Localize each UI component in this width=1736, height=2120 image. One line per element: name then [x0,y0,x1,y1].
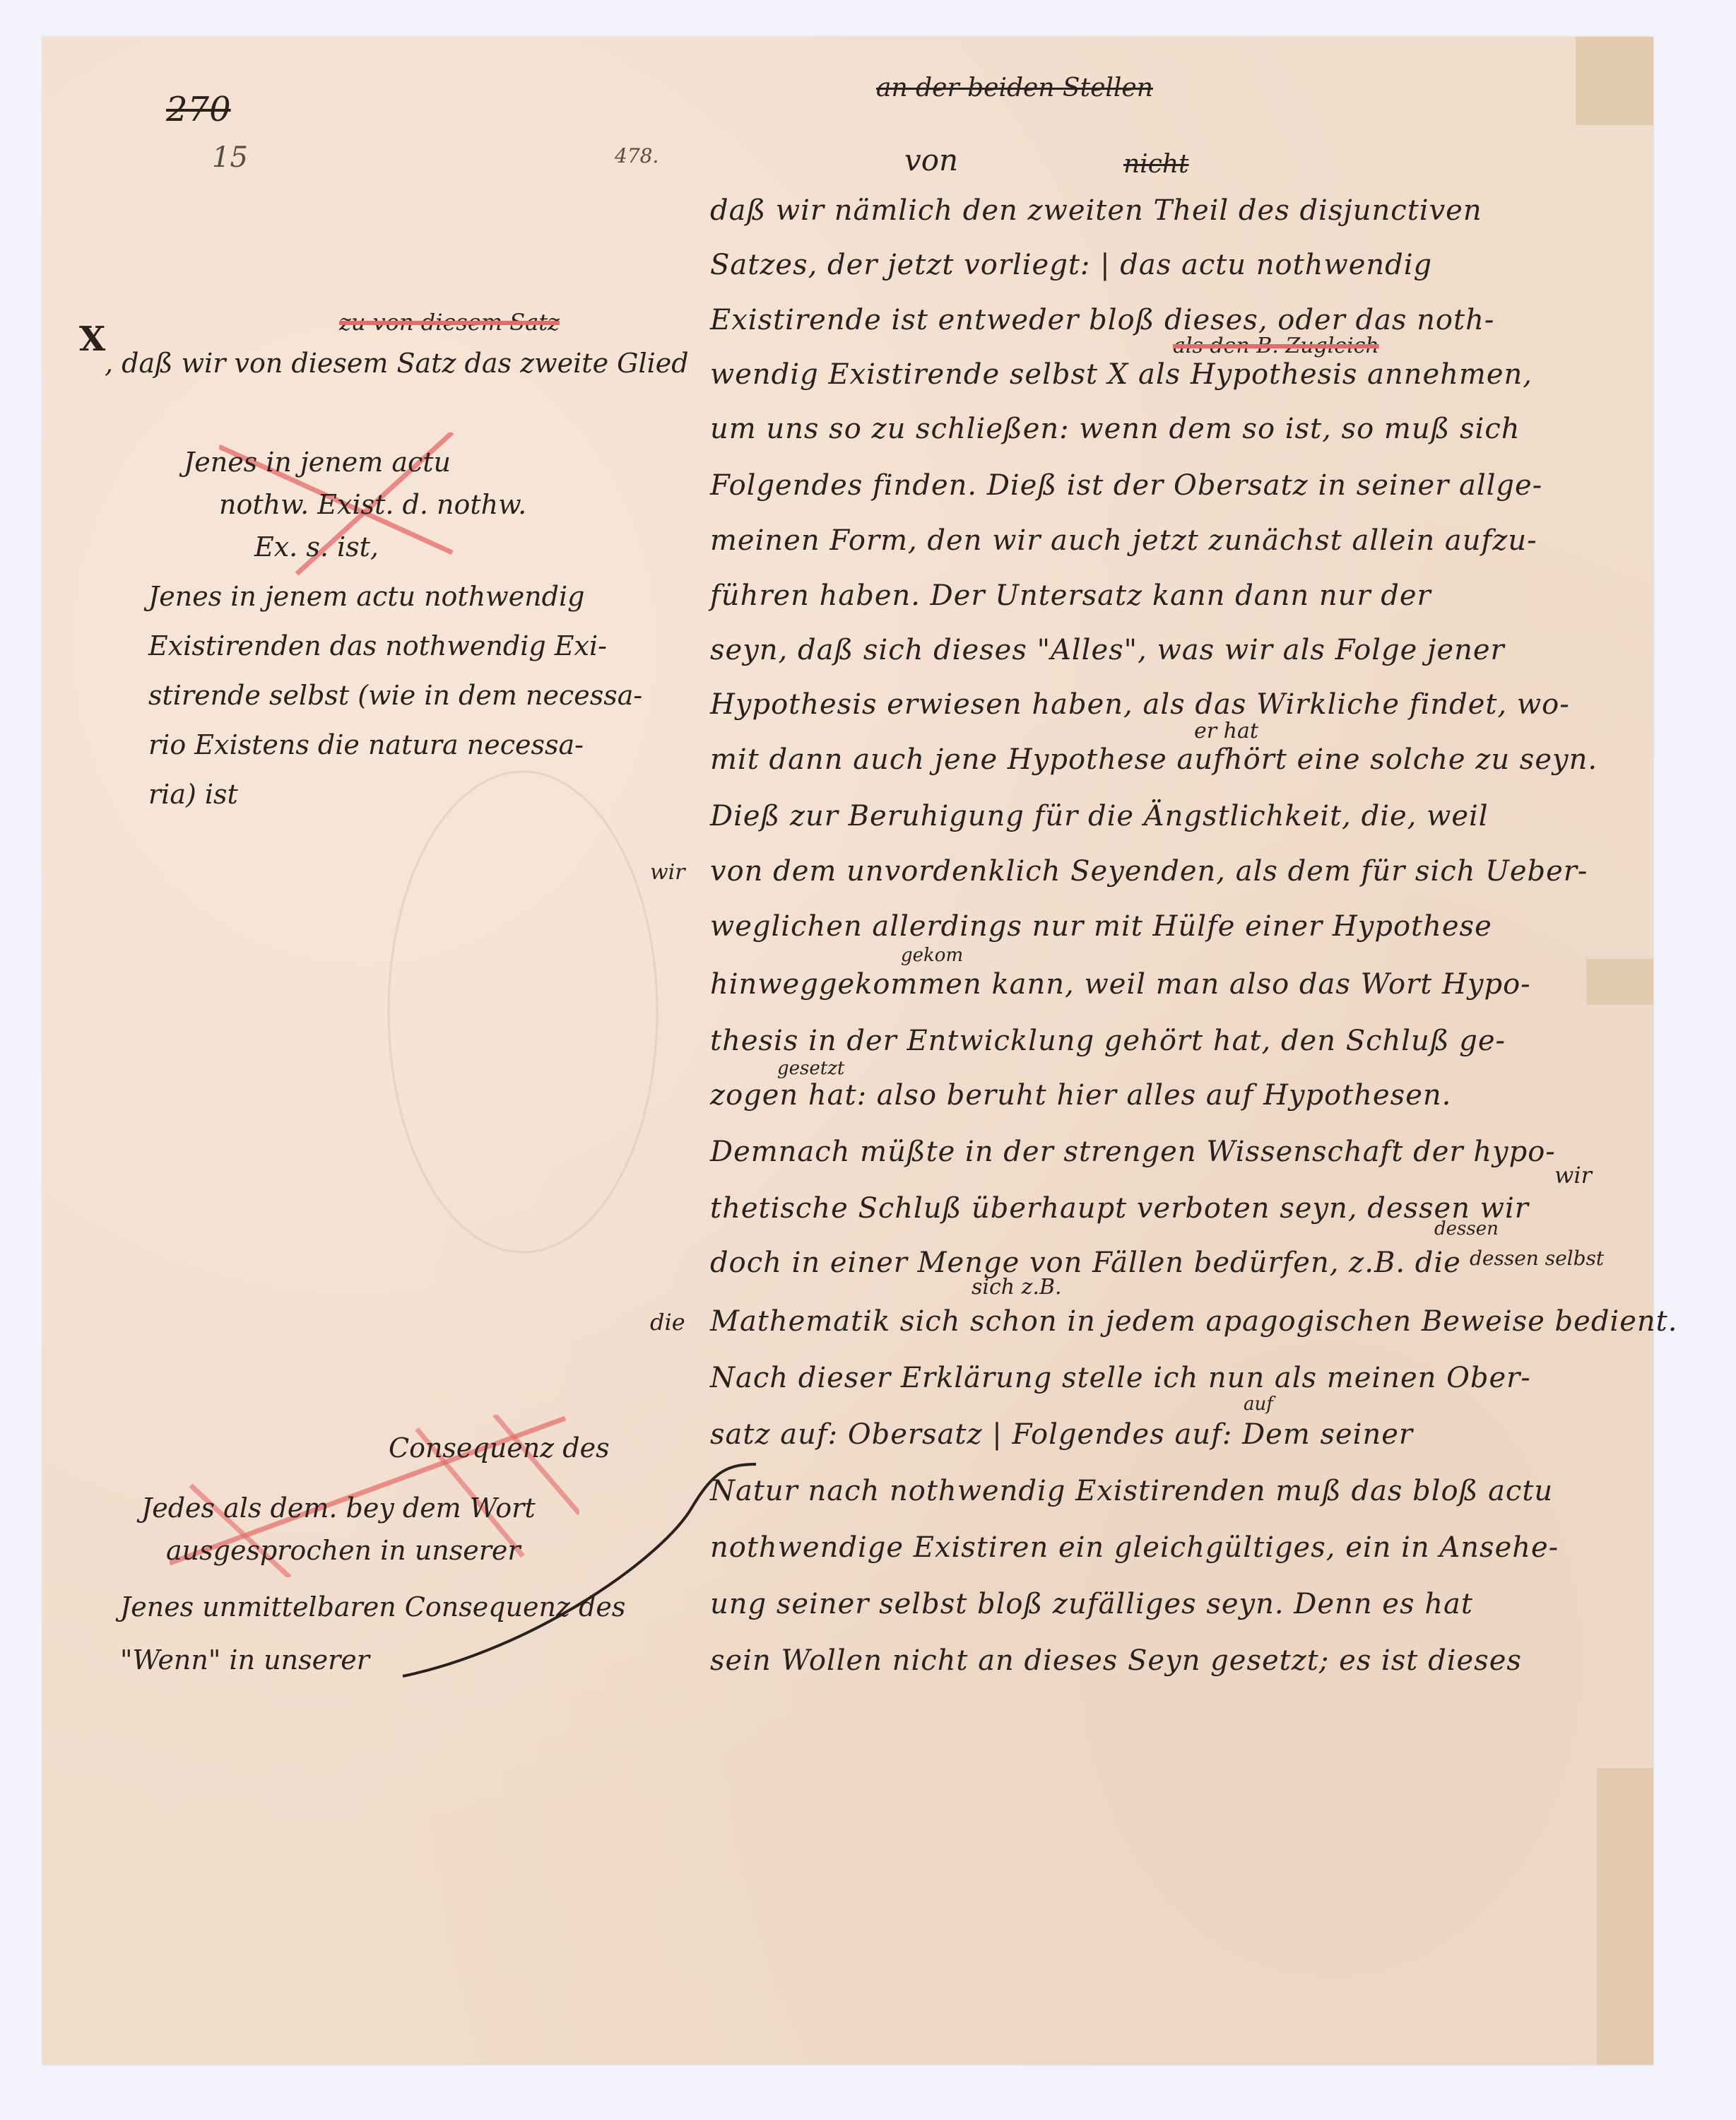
margin-note-line: "Wenn" in unserer [120,1644,370,1676]
heading-struck: nicht [1123,150,1189,179]
page-reference: 478. [615,144,659,167]
text-line: thesis in der Entwicklung gehört hat, de… [710,1025,1506,1057]
text-line: doch in einer Menge von Fällen bedürfen,… [710,1247,1461,1279]
text-line: sein Wollen nicht an dieses Seyn gesetzt… [710,1644,1522,1677]
margin-note-line: Ex. s. ist, [254,531,379,563]
margin-note-line: Jenes in jenem actu [184,447,451,478]
text-line: Nach dieser Erklärung stelle ich nun als… [710,1362,1531,1394]
text-line: daß wir nämlich den zweiten Theil des di… [710,194,1482,227]
tape-strip-middle-right [1586,959,1653,1005]
insertion-above: wir [1554,1162,1592,1189]
insertion-above: er hat [1194,719,1258,743]
text-line: seyn, daß sich dieses "Alles", was wir a… [710,634,1505,666]
margin-note-text: , daß wir von diesem Satz das zweite Gli… [105,348,689,379]
tape-strip-bottom-right [1597,1768,1653,2065]
text-line: Demnach müßte in der strengen Wissenscha… [710,1136,1556,1168]
margin-note-line: Jenes in jenem actu nothwendig [148,581,584,612]
bleed-through-shadow [382,758,664,1266]
insertion-above: gesetzt [777,1058,844,1079]
text-line: Mathematik sich schon in jedem apagogisc… [710,1305,1677,1338]
text-line: Hypothesis erwiesen haben, als das Wirkl… [710,688,1570,721]
text-line: nothwendige Existiren ein gleichgültiges… [710,1531,1559,1564]
insertion-right: dessen selbst [1470,1247,1604,1270]
margin-insertion-die: die [650,1309,685,1336]
insertion-above: sich z.B. [972,1275,1062,1300]
text-line: weglichen allerdings nur mit Hülfe einer… [710,910,1492,943]
text-line: zogen hat: also beruht hier alles auf Hy… [710,1079,1451,1112]
text-line: um uns so zu schließen: wenn dem so ist,… [710,413,1521,445]
text-line: Dieß zur Beruhigung für die Ängstlichkei… [710,800,1489,832]
text-line: thetische Schluß überhaupt verboten seyn… [710,1192,1529,1225]
margin-note-struck: zu von diesem Satz [339,309,560,336]
insertion-marker-x: X [79,319,105,359]
text-line: mit dann auch jene Hypothese aufhört ein… [710,743,1598,776]
text-line: Satzes, der jetzt vorliegt: | das actu n… [710,249,1432,281]
margin-note-line: ria) ist [148,779,238,810]
manuscript-page: 270 15 478. an der beiden Stellen von ni… [42,37,1653,2065]
insertion-above: gekom [901,945,963,966]
margin-note-line: rio Existens die natura necessa- [148,729,584,760]
text-line: führen haben. Der Untersatz kann dann nu… [710,579,1431,612]
text-line: meinen Form, den wir auch jetzt zunächst… [710,524,1537,557]
tape-strip-top-right [1576,37,1653,125]
struck-header: an der beiden Stellen [876,73,1153,102]
text-line: Existirende ist entweder bloß dieses, od… [710,304,1494,336]
insertion-above: dessen [1434,1218,1499,1239]
text-line: ung seiner selbst bloß zufälliges seyn. … [710,1588,1473,1620]
old-folio-number: 270 [166,90,231,129]
margin-note-line: Existirenden das nothwendig Exi- [148,630,607,661]
text-line: satz auf: Obersatz | Folgendes auf: Dem … [710,1418,1413,1451]
text-line: von dem unvordenklich Seyenden, als dem … [710,855,1588,888]
text-line: Natur nach nothwendig Existirenden muß d… [710,1475,1553,1507]
insertion-red-struck: als den B. Zugleich [1173,334,1379,358]
margin-note-line: stirende selbst (wie in dem necessa- [148,680,642,711]
heading-word: von [904,143,958,177]
text-line: wendig Existirende selbst X als Hypothes… [710,358,1533,391]
insertion-above: auf [1244,1394,1273,1415]
insertion-connector-line [396,1415,763,1712]
folio-number: 15 [212,141,248,174]
text-line: Folgendes finden. Dieß ist der Obersatz … [710,469,1542,502]
margin-note-line: nothw. Exist. d. nothw. [219,489,526,520]
text-line: hinweggekommen kann, weil man also das W… [710,968,1531,1001]
